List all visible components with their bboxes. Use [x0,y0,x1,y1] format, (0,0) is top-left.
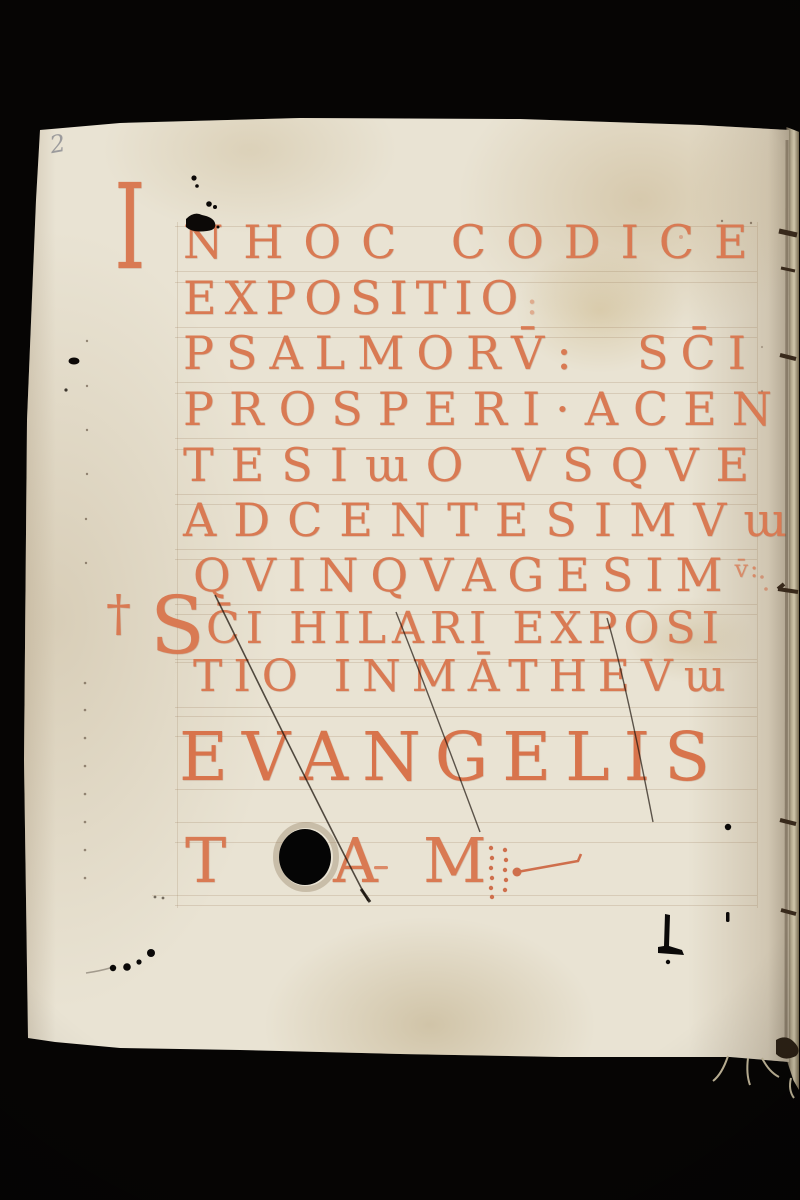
title-line-2-text: EXPOSITIO [183,271,526,325]
manuscript-photo: 2 I NHOC CODICE EXPOSITIO: PSALMORV̄: SC… [0,0,800,1200]
ruling-line [175,822,757,823]
title-line-7: QVINQVAGESIMv̄: [193,552,760,598]
title-line-10: EVANGELIS [179,724,724,791]
folio-number: 2 [48,129,68,159]
title-line-2-punct: : [526,283,537,323]
initial-letter-i: I [114,168,146,286]
margin-cross: † [106,588,131,638]
title-line-4: PROSPERI·ACEN [183,386,787,432]
ruling-frame-left [177,222,178,908]
ruling-line [175,716,757,717]
title-line-7-text: QVINQVAGESIM [193,548,735,602]
title-line-9: TIO INMĀTHEVɯ [193,655,736,699]
title-line-7-superscript: v̄: [735,555,761,583]
title-line-11-m: M [423,830,486,892]
title-line-2: EXPOSITIO: [183,275,538,321]
title-line-11-a: A [333,830,378,892]
title-line-11-t: T [185,830,226,892]
title-line-6: ADCENTESIMVɯ [183,497,800,543]
frayed-threads [713,1056,794,1098]
ruling-line [175,707,757,708]
title-line-3: PSALMORV̄: SC̄I [183,330,758,376]
ruling-line [175,905,757,906]
title-line-1: NHOC CODICE [183,219,768,265]
title-line-8: C̄I HILARI EXPOSI [206,607,725,651]
title-line-5: TESIɯO VSQVE [183,442,766,488]
parchment-page: 2 I NHOC CODICE EXPOSITIO: PSALMORV̄: SC… [0,0,800,1200]
